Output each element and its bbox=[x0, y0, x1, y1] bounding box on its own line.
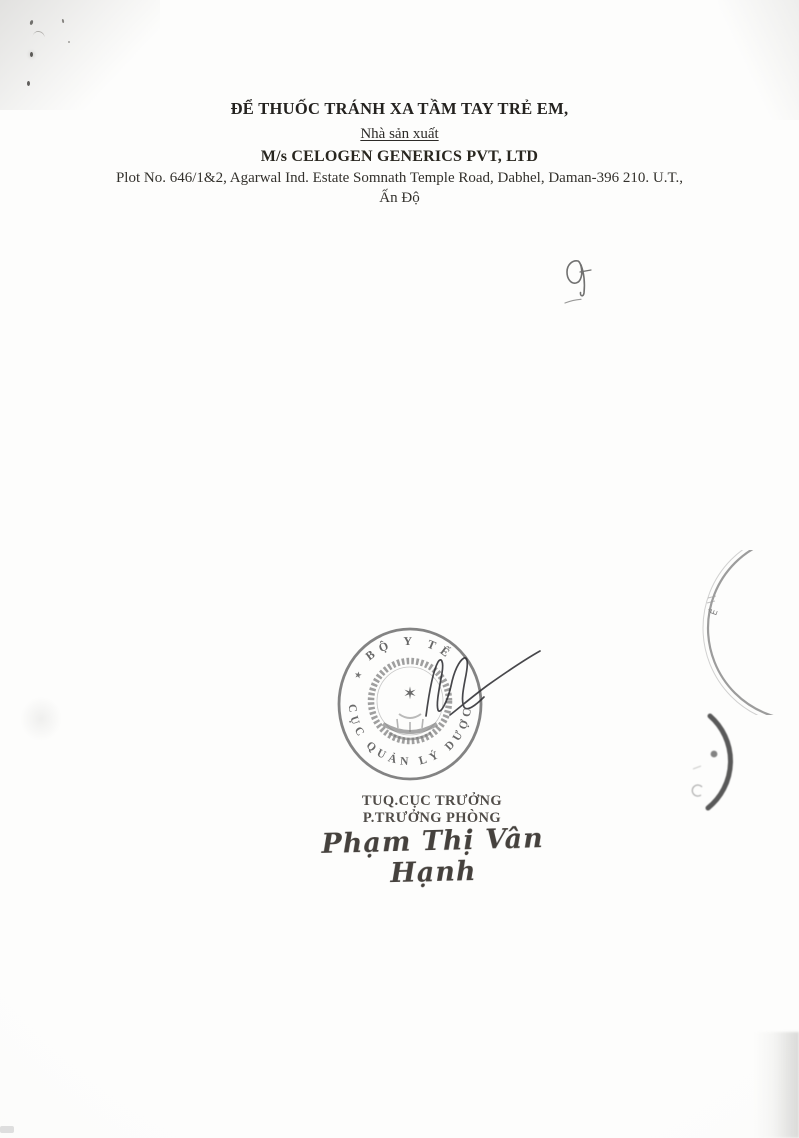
handwritten-initial bbox=[558, 253, 603, 311]
manufacturer-country: Ấn Độ bbox=[0, 190, 799, 207]
manufacturer-heading: Nhà sản xuất bbox=[0, 126, 799, 143]
edge-stamp-upper: HÀ NỘI ★ T.N.H.H Ề bbox=[690, 550, 799, 715]
ink-speck bbox=[27, 81, 30, 86]
signer-name-script: Phạm Thị Vân Hạnh bbox=[279, 822, 587, 892]
label-text-block: ĐỂ THUỐC TRÁNH XA TẦM TAY TRẺ EM, Nhà sả… bbox=[0, 99, 799, 207]
edge-c-mark bbox=[692, 785, 702, 796]
stamp-star-icon: ★ bbox=[353, 670, 366, 682]
manufacturer-name: M/s CELOGEN GENERICS PVT, LTD bbox=[0, 148, 799, 166]
edge-arc-mark bbox=[708, 716, 730, 808]
edge-dash-mark bbox=[693, 766, 701, 769]
signature-ink bbox=[405, 640, 555, 730]
scan-mark-bottom-left bbox=[0, 1126, 14, 1133]
edge-stamp-ring bbox=[708, 550, 799, 715]
warning-line: ĐỂ THUỐC TRÁNH XA TẦM TAY TRẺ EM, bbox=[0, 99, 799, 119]
faint-paper-blemish bbox=[12, 688, 70, 750]
scan-shadow-top-left bbox=[0, 0, 160, 110]
scan-smudge-bottom-right bbox=[754, 1032, 799, 1138]
signer-title-line1: TUQ.CỤC TRƯỞNG bbox=[282, 793, 582, 810]
edge-stamp-outer-ring bbox=[703, 550, 799, 715]
signer-titles: TUQ.CỤC TRƯỞNG P.TRƯỞNG PHÒNG bbox=[282, 793, 582, 827]
edge-stamp-lower bbox=[685, 705, 755, 820]
manufacturer-address: Plot No. 646/1&2, Agarwal Ind. Estate So… bbox=[0, 170, 799, 187]
ink-speck bbox=[30, 52, 33, 57]
scanned-page: ĐỂ THUỐC TRÁNH XA TẦM TAY TRẺ EM, Nhà sả… bbox=[0, 0, 799, 1138]
edge-dot-mark bbox=[711, 751, 718, 758]
ink-speck bbox=[68, 41, 70, 43]
